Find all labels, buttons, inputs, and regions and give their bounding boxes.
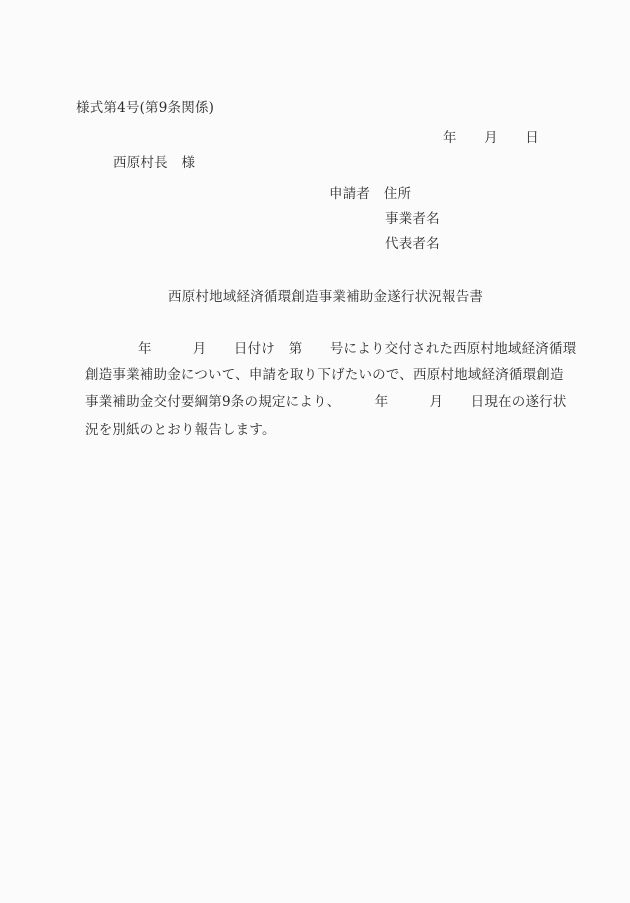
representative-name-line: 代表者名 <box>385 238 440 252</box>
body-paragraph-line: 年 月 日付け 第 号により交付された西原村地域経済循環 <box>138 343 576 357</box>
addressee-line: 西原村長 様 <box>113 157 195 171</box>
date-blank-line: 年 月 日 <box>443 132 539 146</box>
form-number: 様式第4号(第9条関係) <box>76 102 214 116</box>
business-name-line: 事業者名 <box>385 213 440 227</box>
document-page: 様式第4号(第9条関係) 年 月 日 西原村長 様 申請者 住所 事業者名 代表… <box>0 0 630 903</box>
body-paragraph-line: 況を別紙のとおり報告します。 <box>85 424 276 438</box>
body-paragraph-line: 事業補助金交付要綱第9条の規定により、 年 月 日現在の遂行状 <box>85 396 567 410</box>
applicant-address-line: 申請者 住所 <box>329 188 411 202</box>
body-paragraph-line: 創造事業補助金について、申請を取り下げたいので、西原村地域経済循環創造 <box>85 369 564 383</box>
document-title: 西原村地域経済循環創造事業補助金遂行状況報告書 <box>168 291 483 305</box>
